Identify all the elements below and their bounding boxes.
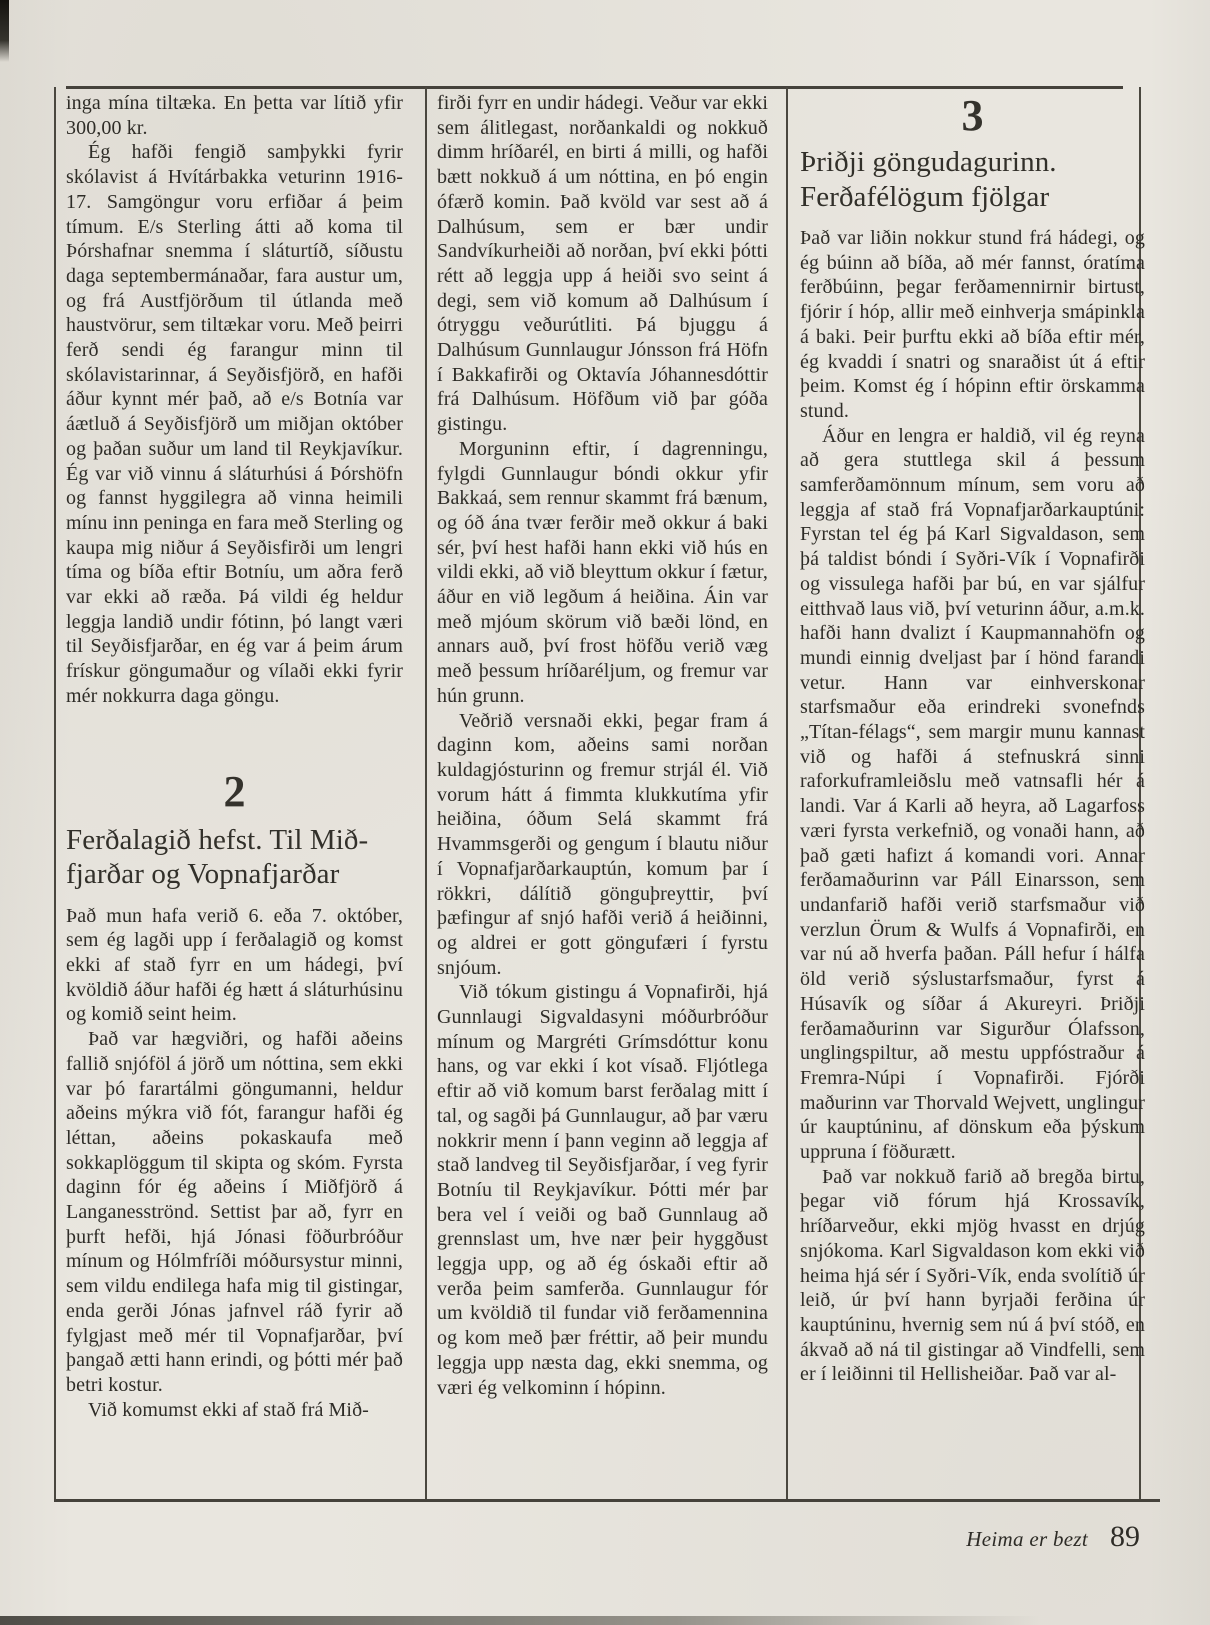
bottom-rule <box>54 1499 1160 1502</box>
section-heading-3: Þriðji göngudagurinn.Ferðafélögum fjölga… <box>800 145 1145 214</box>
paragraph: Það var nokkuð farið að bregða birtu, þe… <box>800 1165 1145 1387</box>
section-heading-line: Þriðji göngudagurinn. <box>800 146 1057 178</box>
section-heading-line: Ferðalagið hefst. Til Mið- <box>66 824 368 856</box>
paragraph: Morguninn eftir, í dagrenningu, fylgdi G… <box>437 437 768 709</box>
paragraph: Það mun hafa verið 6. eða 7. október, se… <box>66 904 403 1028</box>
page-number: 89 <box>1110 1520 1140 1553</box>
column-2: firði fyrr en undir hádegi. Veður var ek… <box>437 91 768 1498</box>
paragraph: Við tókum gistingu á Vopnafirði, hjá Gun… <box>437 980 768 1400</box>
page-footer: Heima er bezt 89 <box>700 1520 1140 1554</box>
column-1: inga mína tiltæka. En þetta var lítið yf… <box>66 91 403 1498</box>
column-3: 3 Þriðji göngudagurinn.Ferðafélögum fjöl… <box>800 91 1145 1498</box>
section-number-3: 3 <box>800 93 1145 139</box>
paragraph: Veðrið versnaði ekki, þegar fram á dagin… <box>437 709 768 981</box>
column-divider-1 <box>425 87 427 1500</box>
paragraph: inga mína tiltæka. En þetta var lítið yf… <box>66 91 403 140</box>
section-heading-line: fjarðar og Vopnafjarðar <box>66 858 339 890</box>
section-heading-line: Ferðafélögum fjölgar <box>800 181 1049 213</box>
paragraph: Það var liðin nokkur stund frá hádegi, o… <box>800 226 1145 424</box>
section-number-2: 2 <box>66 769 403 815</box>
magazine-title: Heima er bezt <box>966 1527 1088 1551</box>
section-heading-2: Ferðalagið hefst. Til Mið-fjarðar og Vop… <box>66 823 403 892</box>
paragraph: firði fyrr en undir hádegi. Veður var ek… <box>437 91 768 437</box>
left-margin-rule <box>54 87 56 1500</box>
paragraph: Ég hafði fengið samþykki fyrir skólavist… <box>66 140 403 708</box>
scan-edge-mark <box>0 0 9 62</box>
column-divider-2 <box>786 87 788 1500</box>
paragraph: Það var hægviðri, og hafði aðeins fallið… <box>66 1027 403 1398</box>
paragraph: Við komumst ekki af stað frá Mið- <box>66 1398 403 1423</box>
top-rule <box>66 86 1123 89</box>
paragraph: Áður en lengra er haldið, vil ég reyna a… <box>800 424 1145 1165</box>
magazine-page: inga mína tiltæka. En þetta var lítið yf… <box>0 0 1210 1625</box>
scan-bottom-shadow <box>0 1616 1040 1625</box>
